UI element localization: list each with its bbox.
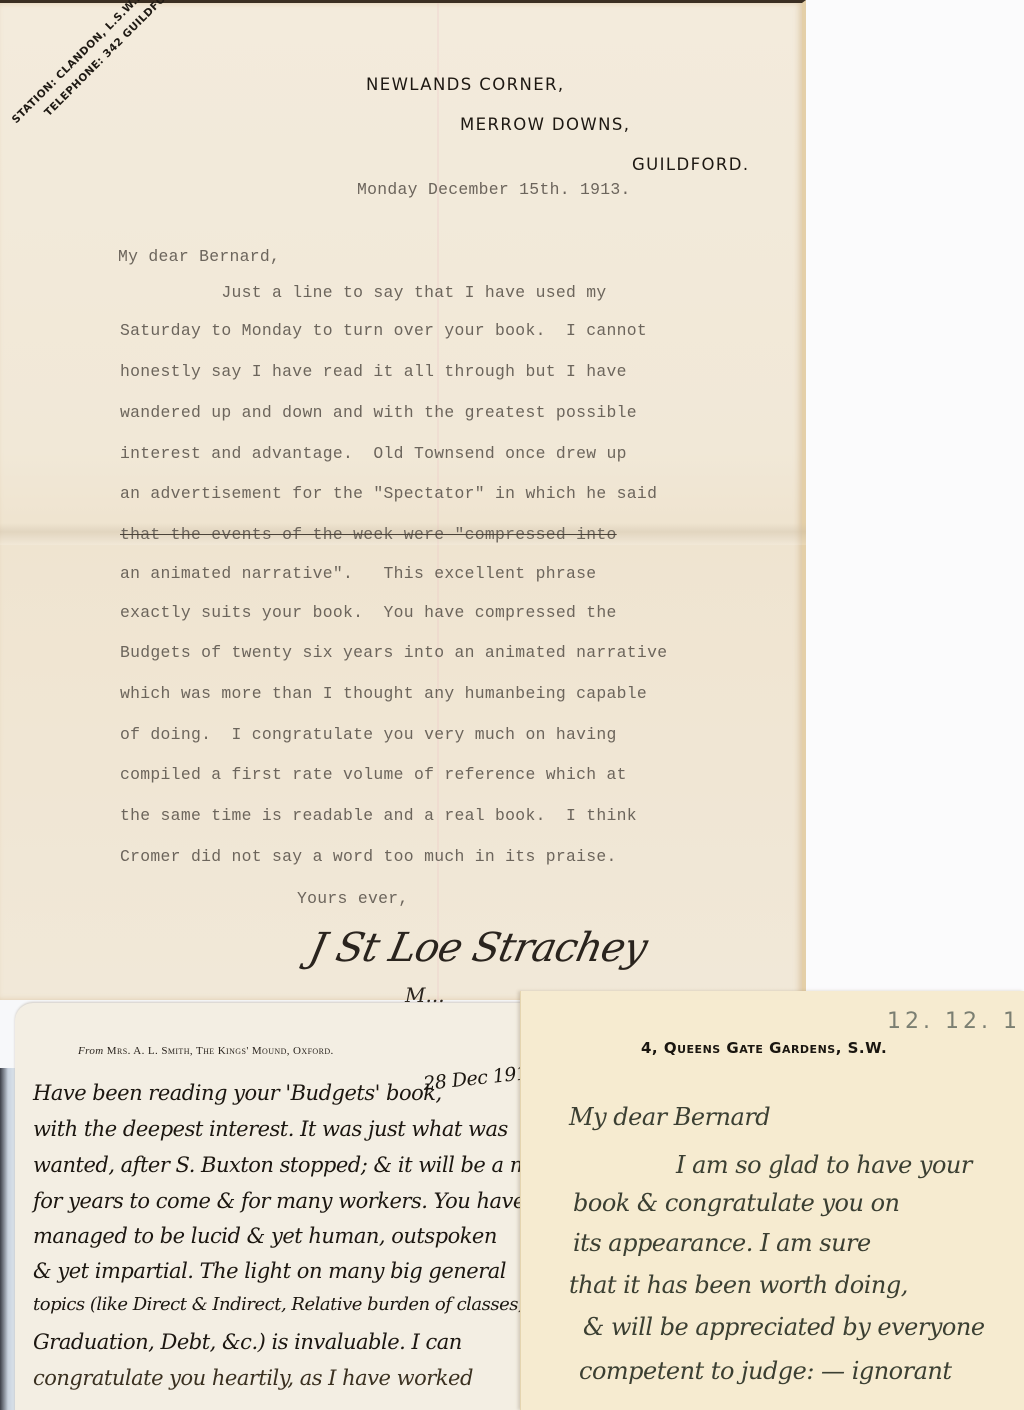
- heading-from: From: [78, 1045, 104, 1057]
- handwritten-line: & yet impartial. The light on many big g…: [33, 1259, 506, 1283]
- handwritten-line: & will be appreciated by everyone: [583, 1313, 985, 1341]
- background: [800, 0, 1024, 1000]
- body-line: of doing. I congratulate you very much o…: [120, 725, 617, 744]
- body-line: an animated narrative". This excellent p…: [120, 564, 596, 583]
- address-line-1: NEWLANDS CORNER,: [366, 75, 565, 94]
- letterhead-diagonal: STATION: CLANDON, L.S.W.R. TELEPHONE: 34…: [2, 0, 186, 146]
- queens-gate-heading: 4, Queens Gate Gardens, S.W.: [641, 1039, 887, 1057]
- body-line: which was more than I thought any humanb…: [120, 684, 647, 703]
- body-line: compiled a first rate volume of referenc…: [120, 765, 627, 784]
- smith-card-heading: From Mrs. A. L. Smith, The Kings' Mound,…: [78, 1045, 334, 1057]
- handwritten-line: managed to be lucid & yet human, outspok…: [33, 1224, 497, 1248]
- address-line-2: MERROW DOWNS,: [460, 115, 630, 134]
- handwritten-line: wanted, after S. Buxton stopped; & it wi…: [33, 1153, 560, 1177]
- closing: Yours ever,: [297, 889, 409, 908]
- smith-card: From Mrs. A. L. Smith, The Kings' Mound,…: [15, 1003, 555, 1410]
- typed-letter: STATION: CLANDON, L.S.W.R. TELEPHONE: 34…: [0, 0, 806, 1000]
- body-line: Just a line to say that I have used my: [120, 283, 607, 302]
- handwritten-line: My dear Bernard: [569, 1103, 770, 1131]
- body-line: wandered up and down and with the greate…: [120, 403, 637, 422]
- handwritten-line: its appearance. I am sure: [573, 1229, 871, 1257]
- handwritten-line: that it has been worth doing,: [569, 1271, 908, 1299]
- letter-date: Monday December 15th. 1913.: [357, 180, 631, 199]
- handwritten-line: with the deepest interest. It was just w…: [33, 1117, 508, 1141]
- handwritten-line: congratulate you heartily, as I have wor…: [33, 1366, 473, 1390]
- handwritten-line: Graduation, Debt, &c.) is invaluable. I …: [33, 1330, 462, 1354]
- body-line: Cromer did not say a word too much in it…: [120, 847, 617, 866]
- body-line: honestly say I have read it all through …: [120, 362, 627, 381]
- handwritten-line: Have been reading your 'Budgets' book,: [33, 1081, 442, 1105]
- handwritten-line: topics (like Direct & Indirect, Relative…: [33, 1294, 523, 1315]
- body-line: interest and advantage. Old Townsend onc…: [120, 444, 627, 463]
- body-line: exactly suits your book. You have compre…: [120, 603, 617, 622]
- body-line: an advertisement for the "Spectator" in …: [120, 484, 657, 503]
- body-line: the same time is readable and a real boo…: [120, 806, 637, 825]
- signature: J St Loe Strachey: [305, 925, 651, 971]
- handwritten-line: I am so glad to have your: [676, 1151, 972, 1179]
- salutation: My dear Bernard,: [118, 247, 280, 266]
- background-edge: [0, 1068, 16, 1410]
- queens-gate-date: 12. 12. 1: [887, 1009, 1021, 1034]
- body-line: that the events of the week were "compre…: [120, 525, 617, 544]
- body-line: Budgets of twenty six years into an anim…: [120, 643, 667, 662]
- heading-text: Mrs. A. L. Smith, The Kings' Mound, Oxfo…: [107, 1045, 334, 1057]
- handwritten-line: book & congratulate you on: [573, 1189, 899, 1217]
- address-line-3: GUILDFORD.: [632, 155, 750, 174]
- handwritten-line: for years to come & for many workers. Yo…: [33, 1189, 525, 1213]
- queens-gate-card: 12. 12. 1 4, Queens Gate Gardens, S.W. M…: [520, 991, 1024, 1410]
- handwritten-line: competent to judge: — ignorant: [579, 1357, 952, 1385]
- body-line: Saturday to Monday to turn over your boo…: [120, 321, 647, 340]
